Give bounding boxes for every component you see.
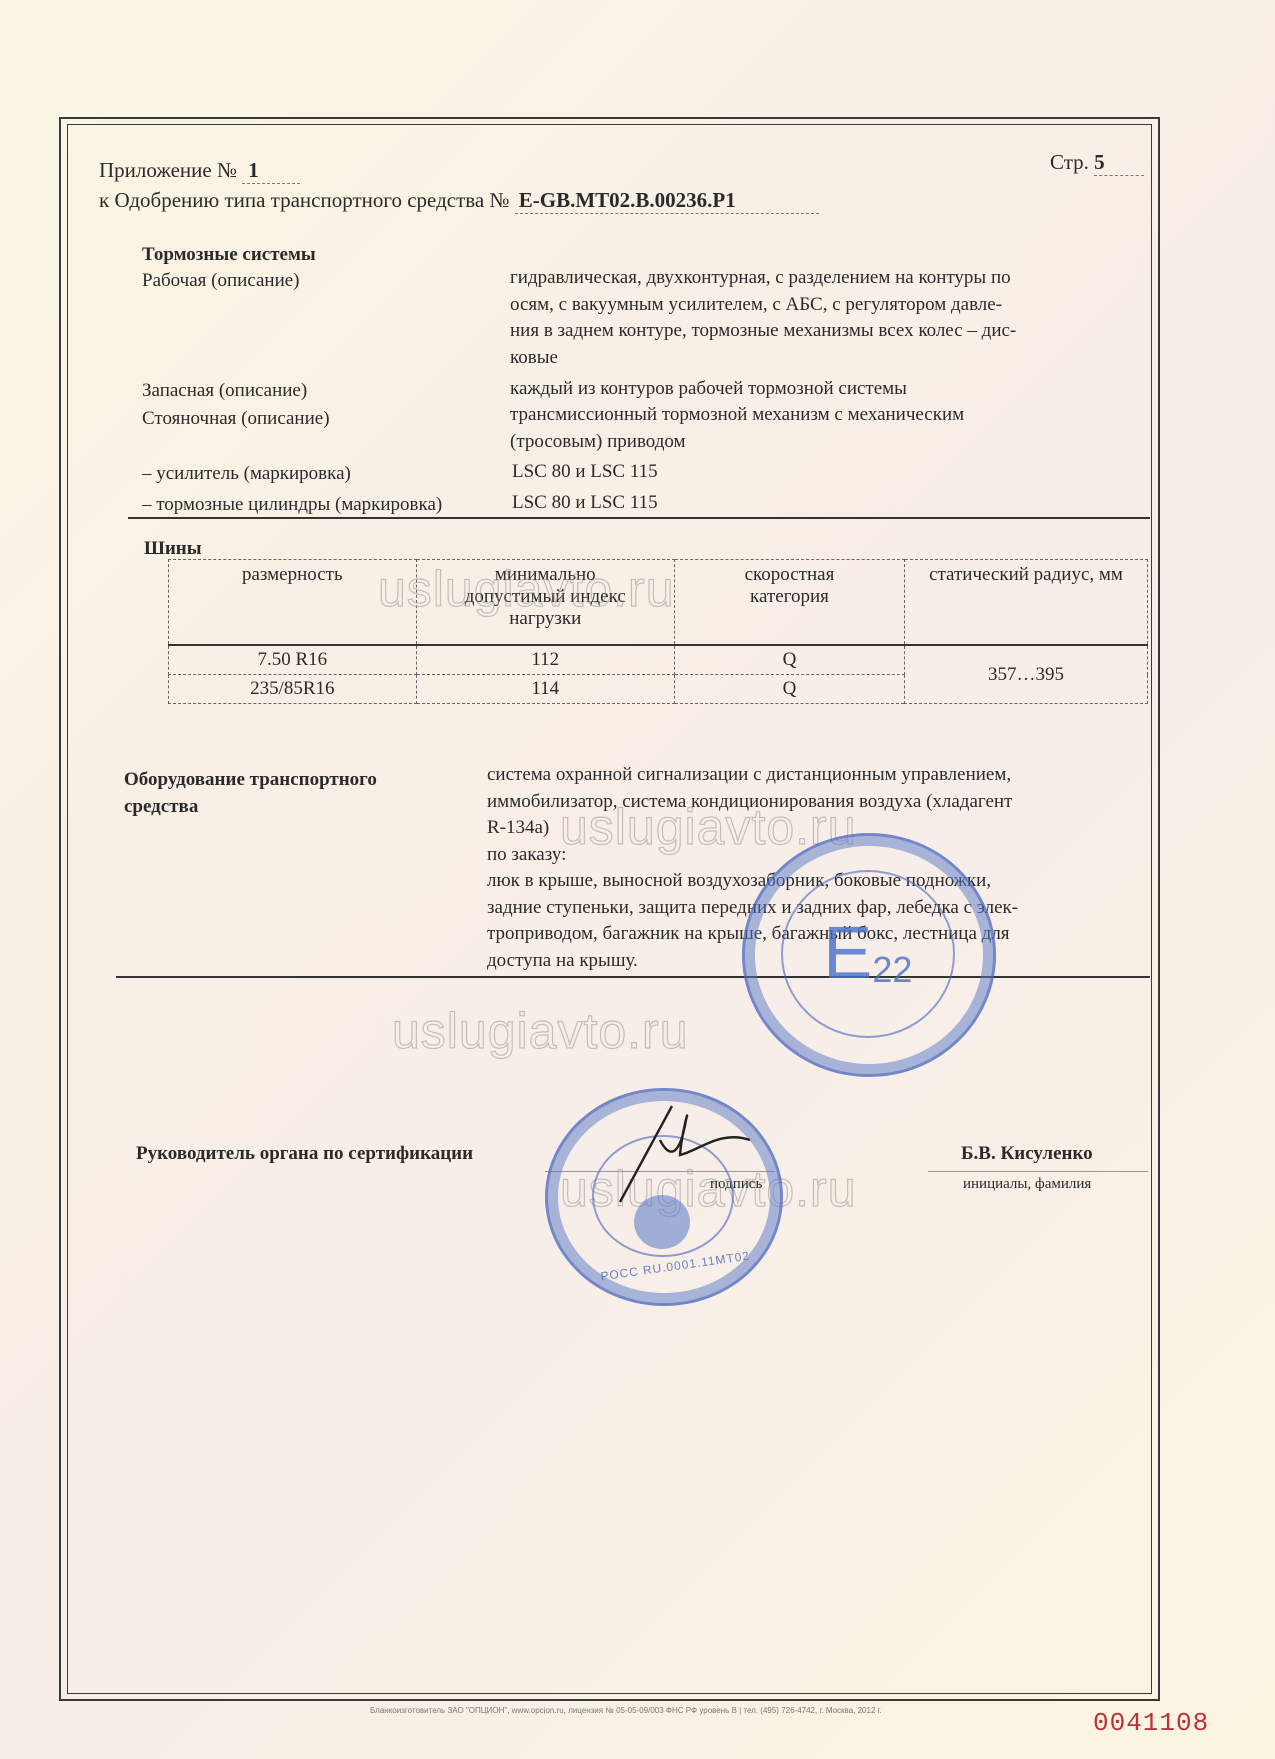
signatory-name: Б.В. Кисуленко	[961, 1143, 1093, 1165]
brake-row-cylinders-label: – тормозные цилиндры (маркировка)	[142, 492, 442, 519]
page-number: 5	[1094, 150, 1144, 176]
value-line: трансмиссионный тормозной механизм с мех…	[510, 402, 1150, 429]
value-line: ковые	[510, 345, 1150, 372]
cell-load-index: 114	[416, 675, 674, 704]
brake-row-service-label: Рабочая (описание)	[142, 268, 300, 295]
approval-label: к Одобрению типа транспортного средства …	[99, 188, 510, 212]
col-header-speed-text: скоростная категория	[724, 564, 854, 608]
brake-row-secondary-label: Запасная (описание)	[142, 378, 307, 405]
watermark: uslugiavto.ru	[392, 1002, 689, 1060]
section-divider	[128, 517, 1150, 519]
brakes-section-title: Тормозные системы	[142, 244, 316, 266]
approval-heading: к Одобрению типа транспортного средства …	[99, 188, 819, 214]
brake-row-booster-label: – усилитель (маркировка)	[142, 461, 351, 488]
brake-row-cylinders-value: LSC 80 и LSC 115	[512, 490, 1152, 517]
e-mark-number: 22	[872, 949, 912, 990]
value-line: система охранной сигнализации с дистанци…	[487, 762, 1167, 789]
value-line: LSC 80 и LSC 115	[512, 459, 1152, 486]
table-row: 7.50 R16 112 Q 357…395	[169, 645, 1148, 675]
brake-row-booster-value: LSC 80 и LSC 115	[512, 459, 1152, 486]
cell-speed-category: Q	[674, 645, 904, 675]
value-line: ния в заднем контуре, тормозные механизм…	[510, 318, 1150, 345]
e-mark-letter: E	[823, 911, 872, 994]
approval-number: E-GB.MT02.B.00236.P1	[515, 188, 819, 214]
brake-row-parking-label: Стояночная (описание)	[142, 406, 330, 433]
form-printer-info: Бланкоизготовитель ЗАО "ОПЦИОН", www.opc…	[370, 1706, 882, 1715]
tyres-section-title: Шины	[144, 538, 202, 560]
cell-load-index: 112	[416, 645, 674, 675]
value-line: каждый из контуров рабочей тормозной сис…	[510, 376, 1150, 403]
cell-speed-category: Q	[674, 675, 904, 704]
appendix-heading: Приложение № 1	[99, 158, 300, 184]
value-line: осям, с вакуумным усилителем, с АБС, с р…	[510, 292, 1150, 319]
handwritten-signature	[600, 1100, 760, 1210]
section-divider	[116, 976, 1150, 978]
cell-size: 235/85R16	[169, 675, 417, 704]
watermark: uslugiavto.ru	[378, 560, 675, 618]
value-line: LSC 80 и LSC 115	[512, 490, 1152, 517]
value-line: гидравлическая, двухконтурная, с разделе…	[510, 265, 1150, 292]
name-line	[928, 1171, 1148, 1172]
name-caption: инициалы, фамилия	[963, 1176, 1091, 1193]
brake-row-parking-value: трансмиссионный тормозной механизм с мех…	[510, 402, 1150, 455]
col-header-static-radius-text: статический радиус, мм	[911, 564, 1141, 586]
form-serial-number: 0041108	[1093, 1708, 1209, 1738]
value-line: (тросовым) приводом	[510, 429, 1150, 456]
brake-row-service-value: гидравлическая, двухконтурная, с разделе…	[510, 265, 1150, 371]
appendix-number: 1	[242, 158, 300, 184]
signatory-role: Руководитель органа по сертификации	[136, 1143, 473, 1165]
col-header-static-radius: статический радиус, мм	[905, 560, 1148, 646]
brake-row-secondary-value: каждый из контуров рабочей тормозной сис…	[510, 376, 1150, 403]
equipment-section-title: Оборудование транспортного средства	[124, 766, 454, 820]
cell-static-radius: 357…395	[905, 645, 1148, 704]
page-indicator: Стр. 5	[1050, 150, 1144, 176]
e22-round-stamp: E22	[742, 833, 996, 1077]
e-mark: E22	[823, 916, 912, 990]
page-label: Стр.	[1050, 150, 1089, 174]
appendix-label: Приложение №	[99, 158, 237, 182]
col-header-speed-category: скоростная категория	[674, 560, 904, 646]
cell-size: 7.50 R16	[169, 645, 417, 675]
